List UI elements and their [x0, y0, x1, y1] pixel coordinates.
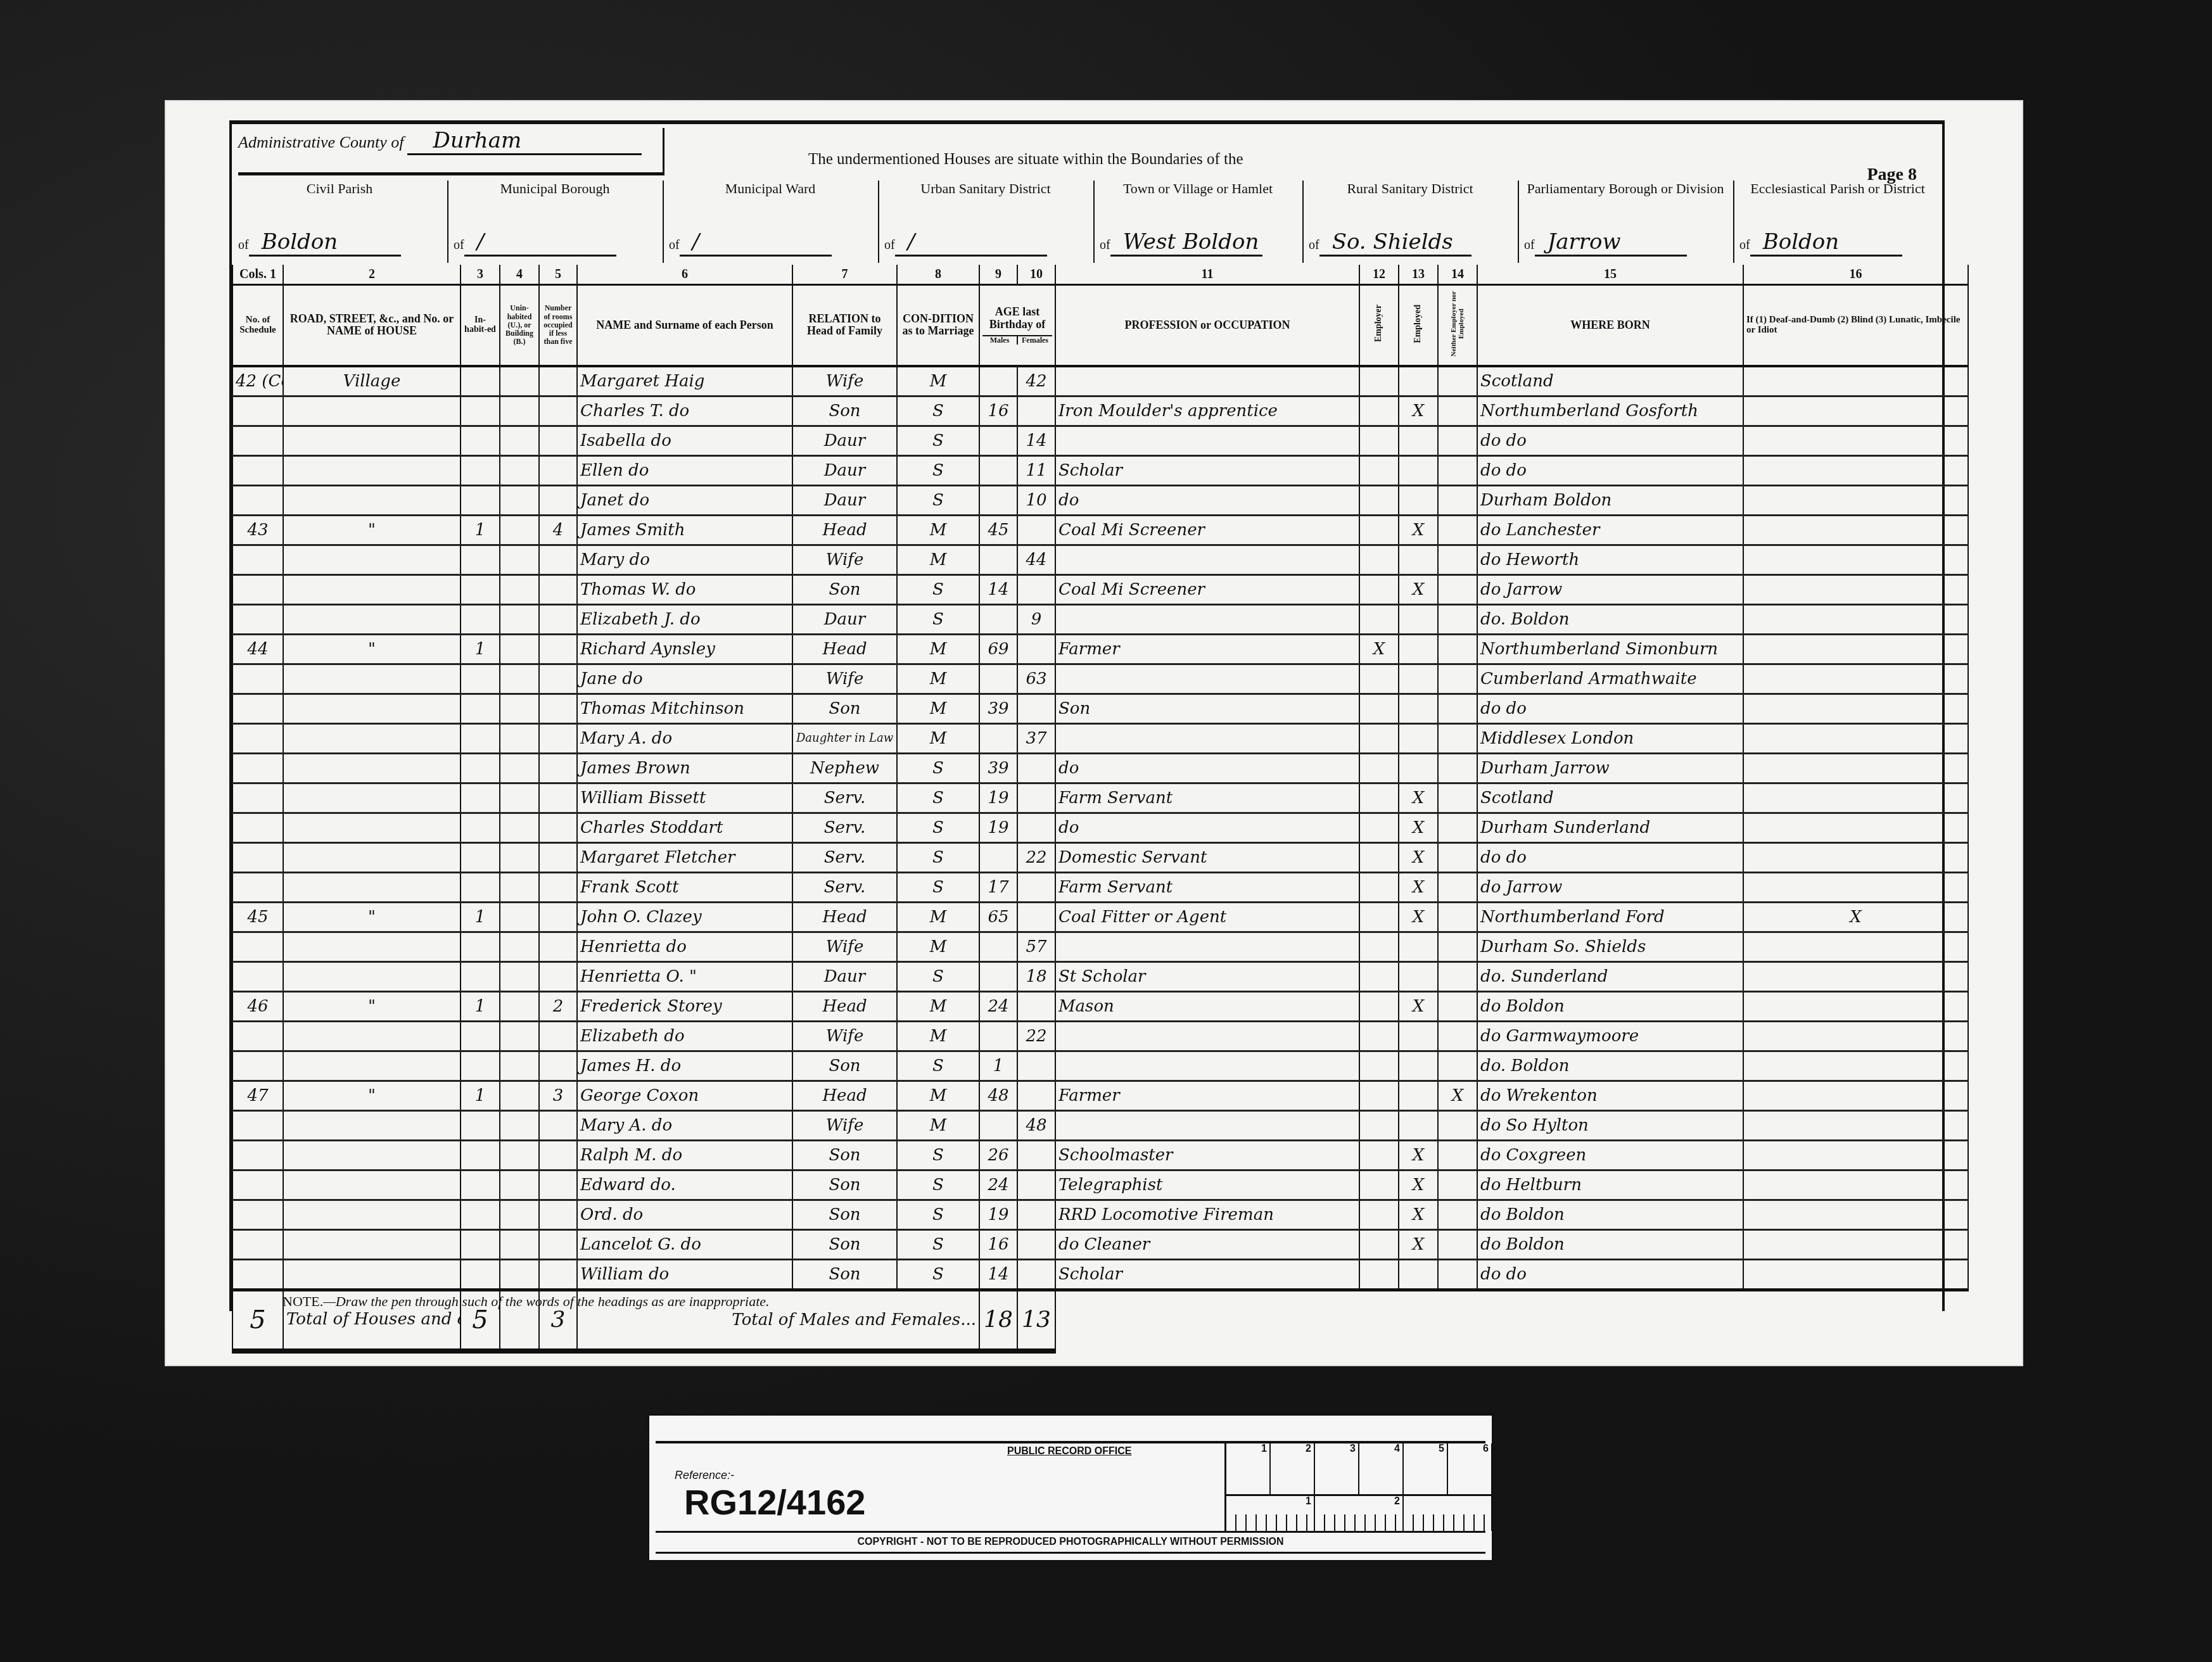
rooms: [539, 366, 577, 396]
condition: S: [897, 1170, 979, 1200]
uninhabited: [500, 634, 539, 664]
table-row: Charles StoddartServ.S19doXDurham Sunder…: [232, 813, 1968, 842]
employed-mark: X: [1399, 1229, 1438, 1259]
occupation: Scholar: [1055, 455, 1359, 485]
inhabited: [461, 872, 500, 902]
relation: Head: [792, 991, 897, 1021]
schedule-number: [232, 1229, 283, 1259]
condition: S: [897, 1051, 979, 1081]
table-row: Frank ScottServ.S17Farm ServantXdo Jarro…: [232, 872, 1968, 902]
schedule-number: 42 (Cont): [232, 366, 283, 396]
occupation: St Scholar: [1055, 961, 1359, 991]
uninhabited: [500, 1170, 539, 1200]
relation: Son: [792, 1200, 897, 1229]
person-name: Thomas Mitchinson: [577, 694, 792, 723]
employed-mark: [1399, 545, 1438, 574]
age-male: 1: [979, 1051, 1017, 1081]
schedule-number: [232, 1259, 283, 1290]
birthplace: do. Boldon: [1477, 1051, 1743, 1081]
table-row: 47"13George CoxonHeadM48FarmerXdo Wreken…: [232, 1081, 1968, 1110]
table-row: Thomas W. doSonS14Coal Mi ScreenerXdo Ja…: [232, 574, 1968, 604]
employed-mark: X: [1399, 842, 1438, 872]
uninhabited: [500, 753, 539, 783]
neither-mark: [1438, 1140, 1477, 1170]
census-table: Cols. 1 2 3 4 5 6 7 8 9 10 11 12 13 14 1…: [232, 265, 1969, 1354]
rooms: [539, 753, 577, 783]
schedule-number: [232, 545, 283, 574]
occupation: Scholar: [1055, 1259, 1359, 1290]
header-age: AGE last Birthday of Males Females: [979, 285, 1055, 366]
rooms: [539, 664, 577, 694]
table-row: Henrietta O. "DaurS18St Scholardo. Sunde…: [232, 961, 1968, 991]
neither-mark: [1438, 366, 1477, 396]
employed-mark: [1399, 932, 1438, 961]
inhabited: [461, 961, 500, 991]
header-uninhabited: Unin-habited (U.), or Building (B.): [500, 285, 539, 366]
person-name: Richard Aynsley: [577, 634, 792, 664]
age-female: [1017, 1229, 1055, 1259]
employed-mark: [1399, 604, 1438, 634]
condition: S: [897, 396, 979, 426]
condition: M: [897, 1110, 979, 1140]
uninhabited: [500, 604, 539, 634]
condition: S: [897, 1140, 979, 1170]
occupation: RRD Locomotive Fireman: [1055, 1200, 1359, 1229]
employed-mark: [1399, 1259, 1438, 1290]
road: [283, 545, 461, 574]
occupation: Farmer: [1055, 1081, 1359, 1110]
person-name: Henrietta O. ": [577, 961, 792, 991]
employed-mark: [1399, 1051, 1438, 1081]
road: [283, 961, 461, 991]
schedule-number: [232, 574, 283, 604]
table-row: Ord. doSonS19RRD Locomotive FiremanXdo B…: [232, 1200, 1968, 1229]
rooms: [539, 1200, 577, 1229]
employed-mark: [1399, 455, 1438, 485]
road: [283, 1170, 461, 1200]
uninhabited: [500, 991, 539, 1021]
age-male: [979, 455, 1017, 485]
employed-mark: X: [1399, 1140, 1438, 1170]
table-row: Isabella doDaurS14do do: [232, 426, 1968, 455]
birthplace: Durham Boldon: [1477, 485, 1743, 515]
road: [283, 783, 461, 813]
uninhabited: [500, 932, 539, 961]
infirmity-mark: [1743, 634, 1968, 664]
person-name: Mary A. do: [577, 723, 792, 753]
age-male: 24: [979, 991, 1017, 1021]
inhabited: [461, 545, 500, 574]
relation: Daur: [792, 485, 897, 515]
condition: M: [897, 694, 979, 723]
occupation: [1055, 545, 1359, 574]
district-municipal-borough: Municipal Borough of/: [447, 181, 664, 263]
employer-mark: [1359, 664, 1399, 694]
infirmity-mark: [1743, 694, 1968, 723]
condition: M: [897, 1081, 979, 1110]
relation: Serv.: [792, 813, 897, 842]
rooms: 2: [539, 991, 577, 1021]
condition: M: [897, 634, 979, 664]
condition: M: [897, 723, 979, 753]
age-male: 48: [979, 1081, 1017, 1110]
rooms: [539, 902, 577, 932]
uninhabited: [500, 694, 539, 723]
birthplace: do Coxgreen: [1477, 1140, 1743, 1170]
neither-mark: [1438, 1200, 1477, 1229]
road: [283, 485, 461, 515]
inhabited: [461, 694, 500, 723]
inhabited: [461, 1259, 500, 1290]
schedule-number: [232, 932, 283, 961]
birthplace: do Lanchester: [1477, 515, 1743, 545]
employer-mark: [1359, 426, 1399, 455]
infirmity-mark: [1743, 1259, 1968, 1290]
person-name: James Smith: [577, 515, 792, 545]
relation: Wife: [792, 545, 897, 574]
age-female: 48: [1017, 1110, 1055, 1140]
rooms: [539, 485, 577, 515]
neither-mark: [1438, 932, 1477, 961]
condition: S: [897, 753, 979, 783]
schedule-number: [232, 455, 283, 485]
condition: S: [897, 604, 979, 634]
infirmity-mark: [1743, 485, 1968, 515]
condition: M: [897, 515, 979, 545]
age-female: [1017, 1140, 1055, 1170]
employer-mark: [1359, 1200, 1399, 1229]
employer-mark: [1359, 991, 1399, 1021]
age-male: [979, 664, 1017, 694]
infirmity-mark: [1743, 396, 1968, 426]
relation: Head: [792, 634, 897, 664]
road: [283, 1259, 461, 1290]
person-name: Margaret Haig: [577, 366, 792, 396]
rooms: [539, 604, 577, 634]
age-female: 11: [1017, 455, 1055, 485]
employer-mark: [1359, 932, 1399, 961]
condition: S: [897, 426, 979, 455]
inhabited: 1: [461, 515, 500, 545]
employed-mark: X: [1399, 902, 1438, 932]
census-form: Administrative County of Durham The unde…: [229, 120, 1945, 1311]
header-occupation: PROFESSION or OCCUPATION: [1055, 285, 1359, 366]
occupation: Schoolmaster: [1055, 1140, 1359, 1170]
employed-mark: [1399, 426, 1438, 455]
schedule-number: 45: [232, 902, 283, 932]
employed-mark: X: [1399, 783, 1438, 813]
inhabited: [461, 813, 500, 842]
birthplace: do Garmwaymoore: [1477, 1021, 1743, 1051]
neither-mark: [1438, 515, 1477, 545]
age-male: 16: [979, 396, 1017, 426]
uninhabited: [500, 961, 539, 991]
inhabited: 1: [461, 1081, 500, 1110]
uninhabited: [500, 1021, 539, 1051]
infirmity-mark: [1743, 1051, 1968, 1081]
person-name: Edward do.: [577, 1170, 792, 1200]
age-female: [1017, 1170, 1055, 1200]
rooms: [539, 1229, 577, 1259]
age-male: 69: [979, 634, 1017, 664]
age-male: 39: [979, 694, 1017, 723]
infirmity-mark: [1743, 515, 1968, 545]
relation: Daughter in Law: [792, 723, 897, 753]
schedule-number: [232, 426, 283, 455]
occupation: [1055, 723, 1359, 753]
table-row: Lancelot G. doSonS16do CleanerXdo Boldon: [232, 1229, 1968, 1259]
person-name: Lancelot G. do: [577, 1229, 792, 1259]
scale-ruler: 123 456 12: [1224, 1443, 1492, 1531]
person-name: Janet do: [577, 485, 792, 515]
birthplace: do. Boldon: [1477, 604, 1743, 634]
neither-mark: [1438, 426, 1477, 455]
infirmity-mark: [1743, 366, 1968, 396]
neither-mark: [1438, 961, 1477, 991]
age-male: 39: [979, 753, 1017, 783]
table-row: Mary doWifeM44do Heworth: [232, 545, 1968, 574]
inhabited: [461, 1170, 500, 1200]
header-schedule: No. of Schedule: [232, 285, 283, 366]
district-civil-parish: Civil Parish ofBoldon: [232, 181, 448, 263]
infirmity-mark: [1743, 961, 1968, 991]
person-name: James Brown: [577, 753, 792, 783]
inhabited: [461, 366, 500, 396]
header-road: ROAD, STREET, &c., and No. or NAME of HO…: [283, 285, 461, 366]
neither-mark: [1438, 664, 1477, 694]
infirmity-mark: [1743, 455, 1968, 485]
occupation: Farm Servant: [1055, 872, 1359, 902]
condition: M: [897, 932, 979, 961]
employer-mark: [1359, 1051, 1399, 1081]
employer-mark: [1359, 485, 1399, 515]
header-infirmity: If (1) Deaf-and-Dumb (2) Blind (3) Lunat…: [1743, 285, 1968, 366]
employed-mark: X: [1399, 991, 1438, 1021]
neither-mark: [1438, 723, 1477, 753]
employed-mark: X: [1399, 1170, 1438, 1200]
road: [283, 1229, 461, 1259]
uninhabited: [500, 783, 539, 813]
schedule-number: 46: [232, 991, 283, 1021]
relation: Head: [792, 515, 897, 545]
rooms: 3: [539, 1081, 577, 1110]
infirmity-mark: X: [1743, 902, 1968, 932]
schedule-number: [232, 1140, 283, 1170]
road: ": [283, 1081, 461, 1110]
condition: S: [897, 1259, 979, 1290]
relation: Daur: [792, 604, 897, 634]
neither-mark: [1438, 1110, 1477, 1140]
rooms: [539, 1021, 577, 1051]
condition: M: [897, 1021, 979, 1051]
age-female: 57: [1017, 932, 1055, 961]
schedule-number: [232, 1200, 283, 1229]
employer-mark: [1359, 1081, 1399, 1110]
table-row: 44"1Richard AynsleyHeadM69FarmerXNorthum…: [232, 634, 1968, 664]
relation: Son: [792, 574, 897, 604]
rooms: [539, 723, 577, 753]
header-employer: Employer: [1359, 285, 1399, 366]
rooms: [539, 1170, 577, 1200]
occupation: Coal Mi Screener: [1055, 574, 1359, 604]
header-relation: RELATION to Head of Family: [792, 285, 897, 366]
condition: S: [897, 872, 979, 902]
neither-mark: [1438, 872, 1477, 902]
person-name: Ord. do: [577, 1200, 792, 1229]
neither-mark: [1438, 634, 1477, 664]
employer-mark: [1359, 813, 1399, 842]
occupation: Mason: [1055, 991, 1359, 1021]
age-male: [979, 723, 1017, 753]
relation: Son: [792, 396, 897, 426]
schedule-number: [232, 872, 283, 902]
age-male: [979, 932, 1017, 961]
uninhabited: [500, 1140, 539, 1170]
age-male: 19: [979, 813, 1017, 842]
road: [283, 455, 461, 485]
schedule-number: [232, 842, 283, 872]
rooms: [539, 872, 577, 902]
employer-mark: [1359, 1021, 1399, 1051]
district-municipal-ward: Municipal Ward of/: [663, 181, 879, 263]
age-female: 10: [1017, 485, 1055, 515]
employed-mark: [1399, 723, 1438, 753]
uninhabited: [500, 902, 539, 932]
age-female: 9: [1017, 604, 1055, 634]
table-row: Elizabeth doWifeM22do Garmwaymoore: [232, 1021, 1968, 1051]
uninhabited: [500, 574, 539, 604]
age-female: 14: [1017, 426, 1055, 455]
age-male: 24: [979, 1170, 1017, 1200]
employed-mark: X: [1399, 813, 1438, 842]
condition: S: [897, 783, 979, 813]
age-male: [979, 545, 1017, 574]
condition: S: [897, 961, 979, 991]
table-row: Thomas MitchinsonSonM39Sondo do: [232, 694, 1968, 723]
neither-mark: [1438, 455, 1477, 485]
relation: Son: [792, 1170, 897, 1200]
road: [283, 723, 461, 753]
inhabited: [461, 604, 500, 634]
table-row: James H. doSonS1do. Boldon: [232, 1051, 1968, 1081]
inhabited: [461, 396, 500, 426]
relation: Son: [792, 694, 897, 723]
age-male: [979, 961, 1017, 991]
employed-mark: [1399, 1110, 1438, 1140]
schedule-number: [232, 753, 283, 783]
employed-mark: X: [1399, 1200, 1438, 1229]
infirmity-mark: [1743, 1021, 1968, 1051]
relation: Serv.: [792, 872, 897, 902]
birthplace: Northumberland Simonburn: [1477, 634, 1743, 664]
rooms: 4: [539, 515, 577, 545]
occupation: Domestic Servant: [1055, 842, 1359, 872]
infirmity-mark: [1743, 1081, 1968, 1110]
person-name: John O. Clazey: [577, 902, 792, 932]
table-row: Edward do.SonS24TelegraphistXdo Heltburn: [232, 1170, 1968, 1200]
infirmity-mark: [1743, 664, 1968, 694]
schedule-number: 47: [232, 1081, 283, 1110]
age-female: [1017, 872, 1055, 902]
inhabited: 1: [461, 902, 500, 932]
table-row: Margaret FletcherServ.S22Domestic Servan…: [232, 842, 1968, 872]
employed-mark: X: [1399, 574, 1438, 604]
occupation: [1055, 664, 1359, 694]
age-female: [1017, 753, 1055, 783]
relation: Daur: [792, 455, 897, 485]
schedule-number: [232, 694, 283, 723]
person-name: William do: [577, 1259, 792, 1290]
road: [283, 574, 461, 604]
schedule-number: [232, 1110, 283, 1140]
birthplace: Durham Jarrow: [1477, 753, 1743, 783]
neither-mark: [1438, 485, 1477, 515]
census-page: Administrative County of Durham The unde…: [166, 101, 2022, 1365]
inhabited: [461, 783, 500, 813]
table-row: 43"14James SmithHeadM45Coal Mi ScreenerX…: [232, 515, 1968, 545]
uninhabited: [500, 723, 539, 753]
header-inhabited: In-habit-ed: [461, 285, 500, 366]
age-female: 37: [1017, 723, 1055, 753]
occupation: [1055, 1051, 1359, 1081]
age-male: [979, 366, 1017, 396]
relation: Wife: [792, 932, 897, 961]
neither-mark: [1438, 783, 1477, 813]
relation: Wife: [792, 664, 897, 694]
table-row: Mary A. doWifeM48do So Hylton: [232, 1110, 1968, 1140]
inhabited: [461, 1200, 500, 1229]
inhabited: [461, 455, 500, 485]
age-male: [979, 485, 1017, 515]
relation: Daur: [792, 426, 897, 455]
relation: Serv.: [792, 842, 897, 872]
table-row: 45"1John O. ClazeyHeadM65Coal Fitter or …: [232, 902, 1968, 932]
person-name: Thomas W. do: [577, 574, 792, 604]
road: Village: [283, 366, 461, 396]
district-ecclesiastical: Ecclesiastical Parish or District ofBold…: [1733, 181, 1942, 263]
age-female: [1017, 574, 1055, 604]
condition: M: [897, 545, 979, 574]
infirmity-mark: [1743, 991, 1968, 1021]
birthplace: do do: [1477, 455, 1743, 485]
inhabited: [461, 426, 500, 455]
condition: S: [897, 455, 979, 485]
neither-mark: [1438, 574, 1477, 604]
age-female: 22: [1017, 842, 1055, 872]
birthplace: Cumberland Armathwaite: [1477, 664, 1743, 694]
infirmity-mark: [1743, 1200, 1968, 1229]
person-name: Jane do: [577, 664, 792, 694]
inhabited: [461, 664, 500, 694]
table-row: Mary A. doDaughter in LawM37Middlesex Lo…: [232, 723, 1968, 753]
birthplace: do. Sunderland: [1477, 961, 1743, 991]
person-name: George Coxon: [577, 1081, 792, 1110]
birthplace: Scotland: [1477, 366, 1743, 396]
uninhabited: [500, 813, 539, 842]
occupation: do Cleaner: [1055, 1229, 1359, 1259]
employer-mark: [1359, 455, 1399, 485]
road: [283, 1110, 461, 1140]
birthplace: Durham Sunderland: [1477, 813, 1743, 842]
birthplace: do do: [1477, 842, 1743, 872]
neither-mark: [1438, 604, 1477, 634]
infirmity-mark: [1743, 723, 1968, 753]
employed-mark: [1399, 1081, 1438, 1110]
condition: S: [897, 485, 979, 515]
age-male: [979, 1110, 1017, 1140]
schedule-number: [232, 1021, 283, 1051]
road: [283, 664, 461, 694]
